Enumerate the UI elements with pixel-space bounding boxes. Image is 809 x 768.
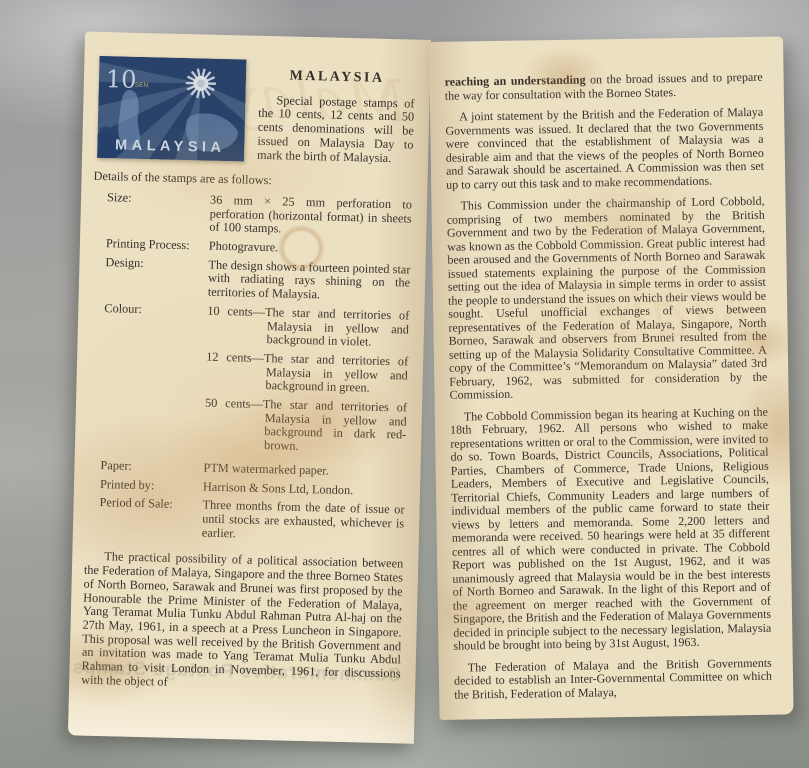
- detail-row-colour: Colour: 10 cents—The star and territorie…: [101, 302, 410, 461]
- stamp-and-intro-row: 10 SEN MALAYSIA MALAYSIA Special postage…: [94, 56, 415, 166]
- detail-row-size: Size: 36 mm × 25 mm perforation to perfo…: [106, 191, 412, 240]
- detail-label: Colour:: [101, 302, 208, 457]
- detail-row-period-of-sale: Period of Sale: Three months from the da…: [99, 496, 405, 545]
- detail-value: 36 mm × 25 mm perforation to perforation…: [209, 194, 412, 240]
- variant-denomination: 50 cents—: [205, 396, 263, 411]
- stamp-denomination-unit: SEN: [135, 82, 149, 89]
- paragraph-commission-hearing: The Cobbold Commission began its hearing…: [450, 405, 772, 653]
- detail-value: Photogravure.: [209, 240, 411, 259]
- variant-description: The star and territories of Malaysia in …: [265, 305, 410, 349]
- detail-label: Design:: [105, 256, 209, 300]
- detail-value: The design shows a fourteen pointed star…: [208, 258, 411, 304]
- detail-label: Printed by:: [100, 478, 203, 494]
- detail-row-paper: Paper: PTM watermarked paper.: [100, 459, 405, 480]
- colour-variant-12c: 12 cents—The star and territories of Mal…: [205, 351, 408, 397]
- intro-column: MALAYSIA Special postage stamps of the 1…: [257, 60, 415, 166]
- stamp-country-name: MALAYSIA: [115, 137, 226, 156]
- paragraph-joint-statement: A joint statement by the British and the…: [445, 106, 764, 192]
- detail-value: Harrison & Sons Ltd, London.: [203, 480, 405, 499]
- page-title: MALAYSIA: [259, 69, 415, 87]
- stamp-image: 10 SEN MALAYSIA: [97, 56, 246, 162]
- detail-label: Size:: [106, 191, 210, 235]
- stamp-denomination: 10: [106, 65, 137, 94]
- colour-variant-10c: 10 cents—The star and territories of Mal…: [206, 304, 409, 350]
- detail-row-printing-process: Printing Process: Photogravure.: [106, 237, 411, 258]
- paragraph-intergovernmental-committee: The Federation of Malaya and the British…: [454, 656, 773, 701]
- variant-denomination: 10 cents—: [207, 303, 265, 318]
- detail-value: PTM watermarked paper.: [203, 461, 405, 480]
- detail-label: Printing Process:: [106, 237, 209, 253]
- stamp-artwork: 10 SEN MALAYSIA: [97, 56, 246, 162]
- variant-description: The star and territories of Malaysia in …: [263, 397, 408, 453]
- right-page: Malaysia reaching an understanding on th…: [429, 36, 794, 719]
- colour-variant-50c: 50 cents—The star and territories of Mal…: [204, 397, 407, 457]
- left-page: Malaysia: [68, 32, 431, 744]
- photo-background: Malaysia: [0, 0, 809, 768]
- detail-label: Period of Sale:: [99, 496, 203, 540]
- details-heading: Details of the stamps are as follows:: [93, 170, 412, 191]
- detail-label: Paper:: [100, 459, 203, 475]
- detail-value: Three months from the date of issue or u…: [202, 499, 405, 545]
- intro-paragraph: Special postage stamps of the 10 cents, …: [257, 94, 415, 166]
- stamp-details-section: Details of the stamps are as follows: Si…: [81, 170, 413, 695]
- variant-description: The star and territories of Malaysia in …: [264, 351, 409, 395]
- closing-paragraph: The practical possibility of a political…: [81, 550, 403, 695]
- open-booklet: Malaysia: [40, 28, 785, 754]
- detail-row-design: Design: The design shows a fourteen poin…: [105, 256, 411, 305]
- paragraph-cobbold-commission: This Commission under the chairmanship o…: [446, 195, 767, 402]
- colour-variants: 10 cents—The star and territories of Mal…: [204, 304, 410, 461]
- variant-denomination: 12 cents—: [206, 350, 264, 365]
- paragraph-continuation: reaching an understanding on the broad i…: [445, 71, 763, 103]
